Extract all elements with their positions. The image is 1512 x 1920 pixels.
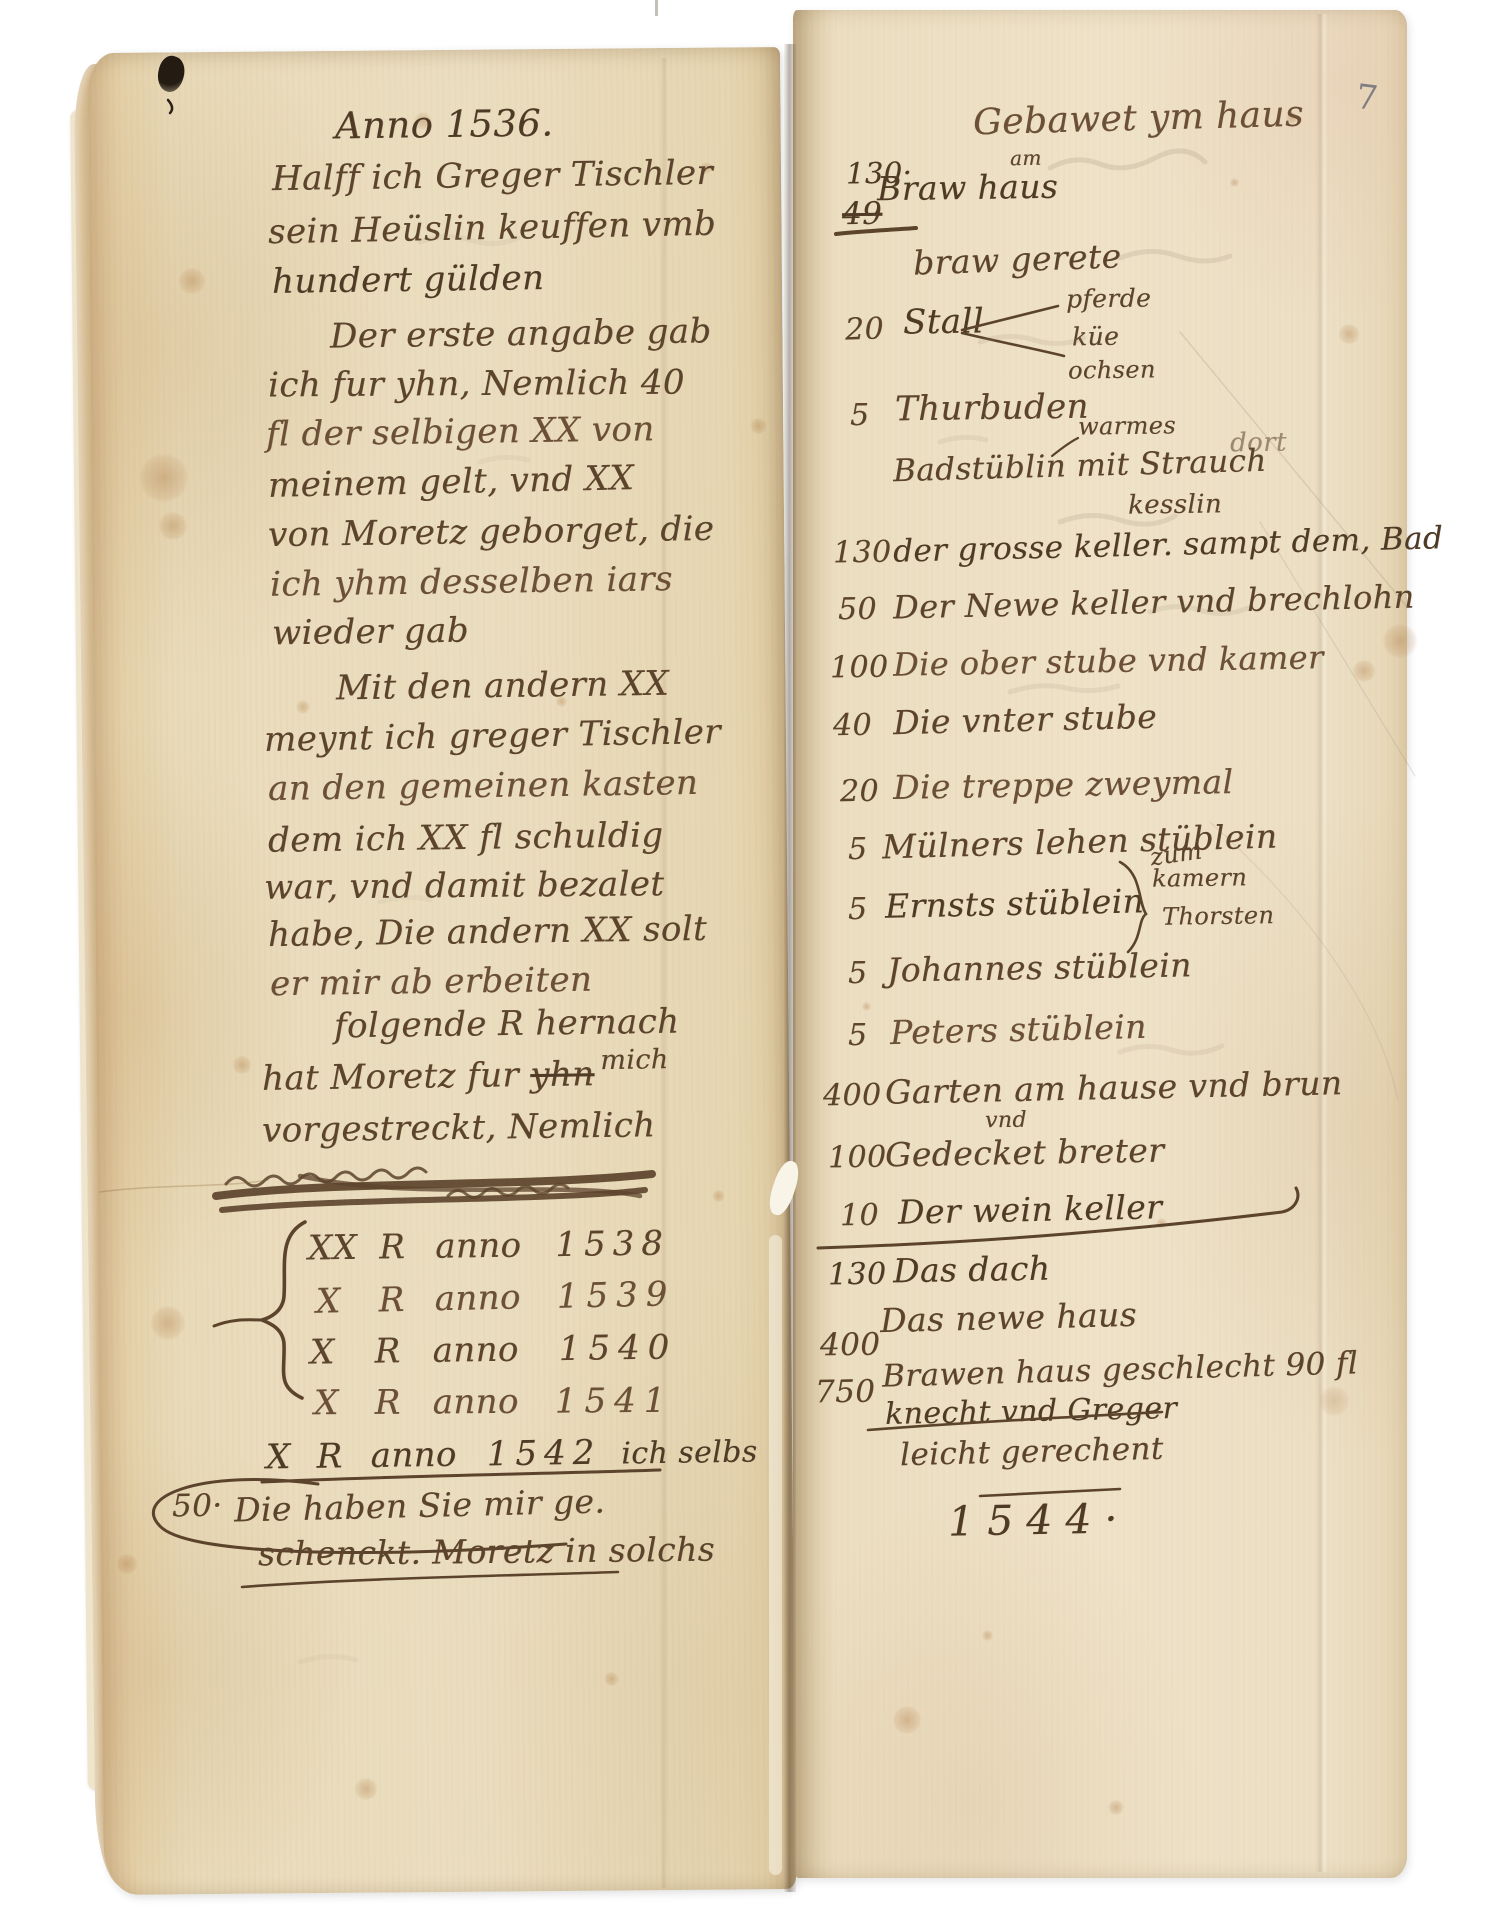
year-word: anno: [435, 1226, 522, 1267]
branch-word: ochsen: [1068, 355, 1156, 384]
entry-label: Johannes stüblein: [887, 945, 1192, 989]
year-word: anno: [370, 1435, 457, 1476]
branch-word: küe: [1072, 322, 1120, 352]
entry-label-line2: knecht vnd Greger: [885, 1391, 1178, 1432]
manuscript-line: Der erste angabe gab: [330, 311, 712, 356]
year-roman: X: [310, 1332, 335, 1372]
stain: [178, 268, 206, 294]
year-roman: XX: [308, 1228, 358, 1269]
entry-amount: 130: [828, 1257, 887, 1293]
inserted-word: vnd: [985, 1108, 1027, 1134]
entry-amount: 750: [815, 1374, 876, 1411]
entry-amount: 100: [830, 650, 889, 686]
left-page-heading: Anno 1536.: [335, 101, 554, 147]
entry-amount: 5: [850, 398, 870, 433]
year-roman: X: [316, 1281, 341, 1322]
stain: [1318, 1386, 1350, 1416]
manuscript-line: dem ich XX fl schuldig: [268, 815, 664, 861]
footer-note: leicht gerechent: [900, 1431, 1164, 1473]
year-roman: X: [266, 1437, 291, 1477]
year-unit: R: [316, 1436, 343, 1476]
manuscript-line: Mit den andern XX: [336, 664, 670, 709]
stain: [1108, 1800, 1124, 1815]
entry-label: Die treppe zweymal: [893, 762, 1234, 807]
gutter-fold-shadow: [784, 44, 796, 1892]
inserted-word: mich: [600, 1044, 669, 1076]
stain: [862, 1002, 871, 1011]
entry-label: Der wein keller: [898, 1187, 1163, 1232]
stain: [1352, 660, 1376, 682]
stain: [1230, 178, 1239, 187]
entry-amount: 10: [840, 1198, 879, 1234]
entry-label: Stall: [903, 301, 985, 342]
year-roman: X: [314, 1383, 339, 1423]
year-unit: R: [378, 1280, 405, 1321]
year-value: 1539: [556, 1274, 675, 1316]
entry-amount: 5: [848, 956, 868, 991]
inserted-word: warmes: [1078, 411, 1176, 440]
year-value: 1538: [555, 1223, 670, 1265]
entry-amount: 130: [833, 535, 892, 571]
stain: [892, 1706, 922, 1734]
entry-label-line2: braw gerete: [912, 236, 1122, 282]
side-word: dort: [1230, 428, 1287, 459]
stain: [712, 1190, 725, 1202]
stain: [296, 700, 310, 714]
brace-word: Thorsten: [1162, 901, 1275, 931]
stain: [116, 1554, 138, 1574]
entry-amount: 40: [833, 708, 872, 744]
struck-word: yhn: [530, 1054, 595, 1095]
year-suffix: ich selbs: [621, 1435, 758, 1472]
entry-label: Gedecket breter: [885, 1131, 1165, 1175]
manuscript-line: meinem gelt, vnd XX: [268, 458, 635, 506]
manuscript-line: an den gemeinen kasten: [268, 763, 699, 809]
entry-label: Die ober stube vnd kamer: [893, 638, 1324, 684]
entry-label: Ernsts stüblein: [885, 881, 1145, 925]
year-unit: R: [379, 1227, 406, 1267]
right-page-heading: Gebawet ym haus: [973, 94, 1305, 144]
manuscript-line: folgende R hernach: [334, 1002, 680, 1047]
year-value: 1540: [558, 1327, 677, 1369]
manuscript-line: hundert gülden: [272, 258, 545, 302]
line-text: hat Moretz fur: [262, 1055, 531, 1099]
manuscript-line: vorgestreckt, Nemlich: [262, 1105, 656, 1150]
entry-amount: 5: [848, 1018, 868, 1053]
manuscript-line: habe, Die andern XX solt: [268, 909, 708, 955]
stain: [1382, 624, 1418, 658]
year-word: anno: [432, 1330, 519, 1371]
year-unit: R: [374, 1331, 401, 1371]
entry-label: Das dach: [893, 1249, 1051, 1291]
manuscript-line-with-correction: hat Moretz fur yhnmich: [262, 1053, 669, 1099]
stain: [158, 512, 188, 540]
entry-amount: 400: [820, 1327, 881, 1364]
top-fold-mark: [655, 0, 658, 16]
entry-amount: 20: [840, 774, 879, 810]
entry-amount: 5: [848, 832, 868, 867]
entry-label: Peters stüblein: [890, 1007, 1148, 1052]
stain: [232, 1056, 252, 1074]
manuscript-line: ich fur yhn, Nemlich 40: [268, 363, 685, 406]
branch-word: pferde: [1066, 283, 1152, 313]
stain: [982, 1630, 993, 1641]
entry-label: Das newe haus: [880, 1295, 1138, 1340]
entry-label: Die vnter stube: [893, 697, 1158, 742]
manuscript-line: schenckt. Moretz in solchs: [258, 1530, 715, 1574]
manuscript-line: ich yhm desselben iars: [270, 559, 673, 605]
manuscript-photo: { "page_number": "7", "ink_color": "#5c4…: [0, 0, 1512, 1920]
manuscript-line: von Moretz geborget, die: [268, 509, 715, 555]
total-sum: 1544·: [948, 1494, 1131, 1545]
year-row: XRanno1542ich selbs: [266, 1431, 758, 1478]
entry-superscript: am: [1010, 146, 1042, 170]
entry-label: Braw haus: [877, 167, 1059, 209]
entry-amount: 100: [828, 1140, 887, 1176]
entry-amount: 400: [823, 1078, 882, 1114]
year-word: anno: [432, 1382, 518, 1423]
stain: [1338, 324, 1360, 344]
year-row: XRanno1539: [316, 1274, 676, 1322]
gutter-tear: [769, 1235, 782, 1875]
stain: [140, 452, 188, 504]
manuscript-line: war, vnd damit bezalet: [264, 864, 665, 907]
stain: [150, 1306, 186, 1340]
year-unit: R: [374, 1383, 400, 1423]
entry-amount: 5: [848, 892, 868, 927]
right-page-crease: [1316, 14, 1328, 1872]
year-row: XRanno1541: [314, 1381, 674, 1424]
year-row: XRanno1540: [310, 1327, 678, 1372]
manuscript-line: er mir ab erbeiten: [270, 960, 593, 1004]
manuscript-line: fl der selbigen XX von: [266, 409, 655, 454]
stain: [354, 1778, 378, 1800]
entry-label: Thurbuden: [895, 387, 1089, 430]
year-row: XXRanno1538: [308, 1223, 670, 1268]
manuscript-line: wieder gab: [272, 611, 469, 654]
manuscript-line: Halff ich Greger Tischler: [272, 153, 714, 199]
year-value: 1542: [486, 1433, 601, 1475]
entry-label-line2: kesslin: [1128, 489, 1222, 520]
entry-amount: 20: [844, 311, 884, 347]
year-value: 1541: [555, 1381, 674, 1422]
manuscript-line: meynt ich greger Tischler: [264, 712, 721, 760]
entry-amount: 50: [838, 592, 877, 628]
stain: [604, 1672, 619, 1686]
brace-word: kamern: [1152, 863, 1248, 892]
gift-amount: 50·: [172, 1488, 223, 1525]
stain: [750, 418, 767, 434]
year-word: anno: [434, 1277, 521, 1319]
